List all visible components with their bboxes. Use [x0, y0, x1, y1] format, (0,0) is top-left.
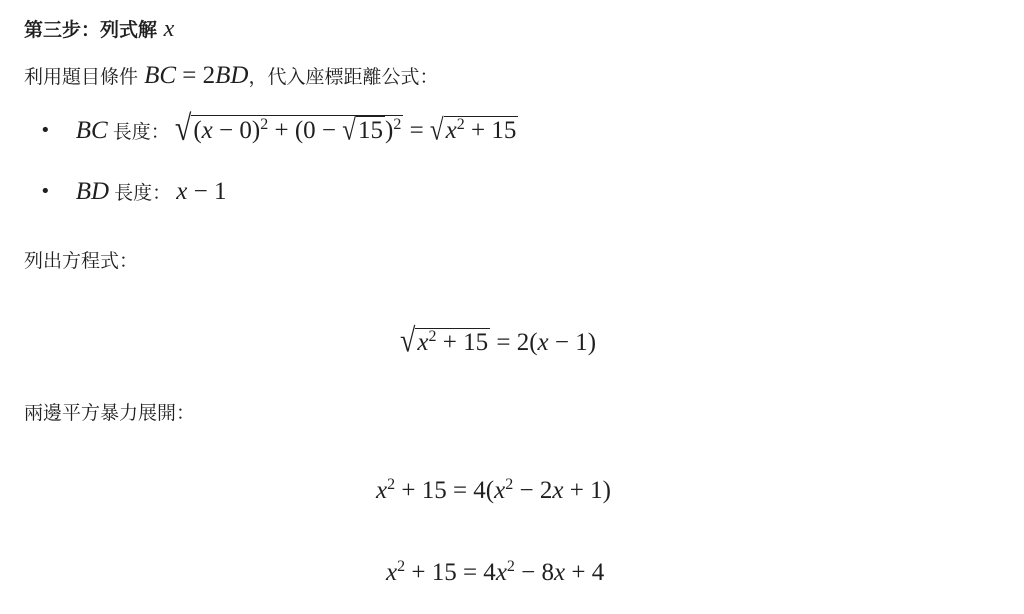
bullet-bd-label: BD	[76, 178, 109, 205]
intro-paragraph: 利用題目條件 BC = 2BD，代入座標距離公式：	[24, 62, 438, 90]
bullet-bc-label: BC	[76, 117, 108, 144]
bullet-bc-length: • BC 長度： √(x − 0)2 + (0 − √15)2 = √x2 + …	[40, 112, 518, 146]
step-heading: 第三步：列式解 x	[24, 15, 174, 43]
expanded-equation-1: x2 + 15 = 4(x2 − 2x + 1)	[376, 477, 611, 505]
equation-intro: 列出方程式：	[24, 246, 138, 273]
expand-intro: 兩邊平方暴力展開：	[24, 398, 195, 425]
bullet-bd-length: • BD 長度： x − 1	[40, 178, 226, 206]
bullet-bd-text: 長度：	[114, 182, 171, 204]
intro-condition: BC = 2BD	[144, 62, 248, 89]
expanded-equation-2: x2 + 15 = 4x2 − 8x + 4	[386, 559, 604, 587]
bullet-dot: •	[40, 181, 51, 202]
bc-distance-formula: √(x − 0)2 + (0 − √15)2 = √x2 + 15	[175, 117, 519, 144]
step-title-variable: x	[164, 16, 175, 42]
step-title: 第三步：列式解	[24, 19, 157, 41]
main-equation: √x2 + 15 = 2(x − 1)	[400, 326, 596, 358]
sqrt-symbol: √(x − 0)2 + (0 − √15)2	[175, 112, 403, 146]
bd-distance-formula: x − 1	[176, 178, 226, 205]
intro-prefix: 利用題目條件	[24, 66, 138, 88]
bullet-bc-text: 長度：	[113, 121, 170, 143]
intro-suffix: ，代入座標距離公式：	[248, 66, 438, 88]
bullet-dot: •	[40, 120, 51, 141]
